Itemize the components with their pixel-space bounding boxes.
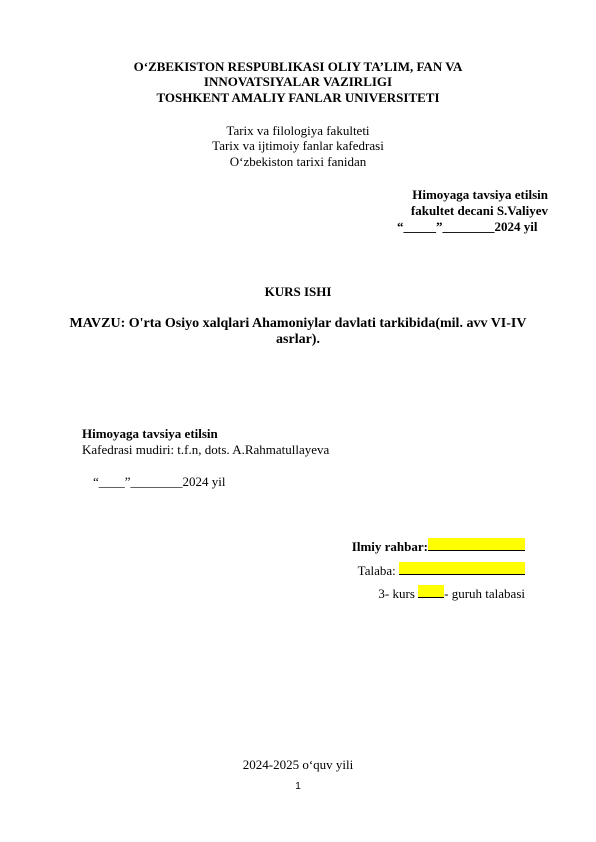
chair-approval-date: “____”________2024 yil	[93, 474, 226, 489]
university-name: TOSHKENT AMALIY FANLAR UNIVERSITETI	[0, 90, 596, 105]
advisor-field[interactable]	[428, 538, 525, 551]
chair-name: Tarix va ijtimoiy fanlar kafedrasi	[0, 138, 596, 153]
student-label: Talaba:	[358, 563, 396, 578]
document-type: KURS ISHI	[0, 284, 596, 299]
dean-approval-date: “_____”________2024 yil	[397, 219, 537, 234]
page-number: 1	[0, 781, 596, 792]
group-field[interactable]	[418, 585, 444, 598]
chair-approval-line-2: Kafedrasi mudiri: t.f.n, dots. A.Rahmatu…	[82, 442, 329, 457]
course-row: 3- kurs - guruh talabasi	[378, 585, 525, 601]
topic-line-2: asrlar).	[0, 332, 596, 348]
ministry-line-1: O‘ZBEKISTON RESPUBLIKASI OLIY TA’LIM, FA…	[0, 59, 596, 74]
academic-year: 2024-2025 o‘quv yili	[0, 757, 596, 772]
student-field[interactable]	[399, 562, 525, 575]
ministry-line-2: INNOVATSIYALAR VAZIRLIGI	[0, 74, 596, 89]
advisor-row: Ilmiy rahbar:	[352, 538, 525, 554]
chair-approval-line-1: Himoyaga tavsiya etilsin	[82, 426, 218, 441]
advisor-label: Ilmiy rahbar:	[352, 539, 428, 554]
student-row: Talaba:	[358, 562, 525, 578]
course-prefix: 3- kurs	[378, 586, 414, 601]
topic-line-1: MAVZU: O'rta Osiyo xalqlari Ahamoniylar …	[0, 316, 596, 332]
dean-approval-line-1: Himoyaga tavsiya etilsin	[412, 187, 548, 202]
course-suffix: - guruh talabasi	[444, 586, 525, 601]
subject-name: O‘zbekiston tarixi fanidan	[0, 154, 596, 169]
dean-approval-line-2: fakultet decani S.Valiyev	[411, 203, 548, 218]
faculty-name: Tarix va filologiya fakulteti	[0, 123, 596, 138]
